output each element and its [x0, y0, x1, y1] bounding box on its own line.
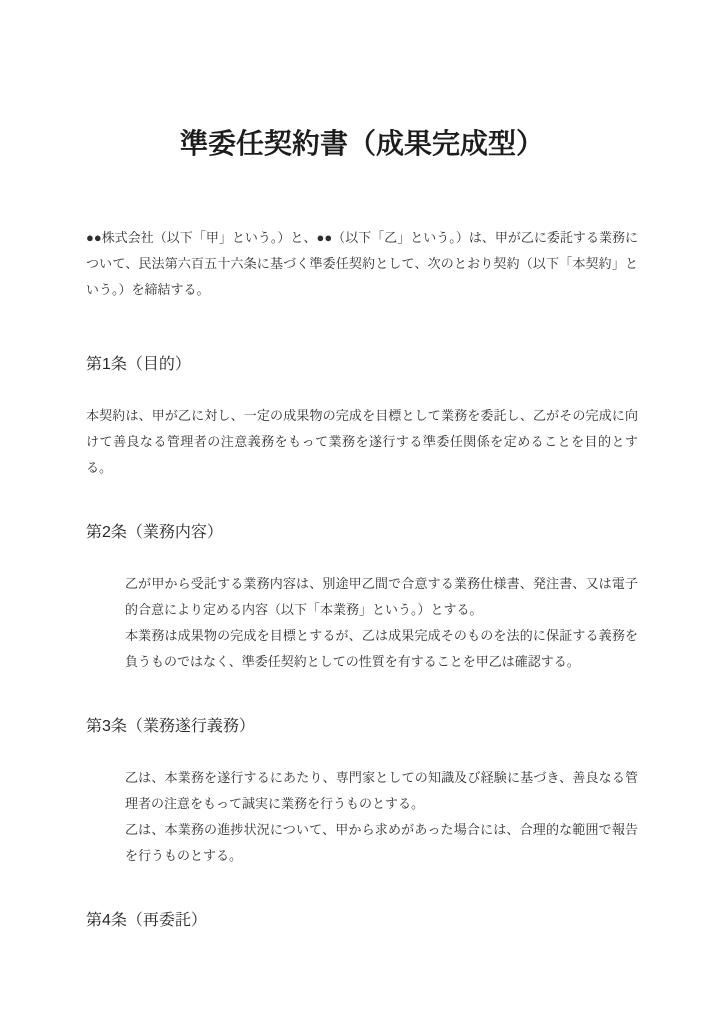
article-section-2: 第2条（業務内容） 乙が甲から受託する業務内容は、別途甲乙間で合意する業務仕様書…	[86, 521, 638, 675]
article-3-paragraph: 乙は、本業務の進捗状況について、甲から求めがあった場合には、合理的な範囲で報告を…	[125, 817, 638, 869]
article-section-1: 第1条（目的） 本契約は、甲が乙に対し、一定の成果物の完成を目標として業務を委託…	[86, 353, 638, 481]
article-1-body: 本契約は、甲が乙に対し、一定の成果物の完成を目標として業務を委託し、乙がその完成…	[86, 403, 638, 481]
article-2-heading: 第2条（業務内容）	[86, 521, 638, 545]
article-2-paragraph: 本業務は成果物の完成を目標とするが、乙は成果完成そのものを法的に保証する義務を負…	[125, 623, 638, 675]
article-3-paragraph: 乙は、本業務を遂行するにあたり、専門家としての知識及び経験に基づき、善良なる管理…	[125, 765, 638, 817]
article-section-3: 第3条（業務遂行義務） 乙は、本業務を遂行するにあたり、専門家としての知識及び経…	[86, 715, 638, 869]
article-section-4: 第4条（再委託）	[86, 909, 638, 933]
article-2-body: 乙が甲から受託する業務内容は、別途甲乙間で合意する業務仕様書、発注書、又は電子的…	[125, 571, 638, 675]
article-3-heading: 第3条（業務遂行義務）	[86, 715, 638, 739]
article-4-heading: 第4条（再委託）	[86, 909, 638, 933]
article-2-paragraph: 乙が甲から受託する業務内容は、別途甲乙間で合意する業務仕様書、発注書、又は電子的…	[125, 571, 638, 623]
article-1-heading: 第1条（目的）	[86, 353, 638, 377]
document-title: 準委任契約書（成果完成型）	[86, 123, 638, 165]
article-3-body: 乙は、本業務を遂行するにあたり、専門家としての知識及び経験に基づき、善良なる管理…	[125, 765, 638, 869]
preamble-paragraph: ●●株式会社（以下「甲」という。）と、●●（以下「乙」という。）は、甲が乙に委託…	[86, 225, 638, 303]
document-page: 準委任契約書（成果完成型） ●●株式会社（以下「甲」という。）と、●●（以下「乙…	[0, 0, 724, 1024]
article-1-paragraph: 本契約は、甲が乙に対し、一定の成果物の完成を目標として業務を委託し、乙がその完成…	[86, 403, 638, 481]
